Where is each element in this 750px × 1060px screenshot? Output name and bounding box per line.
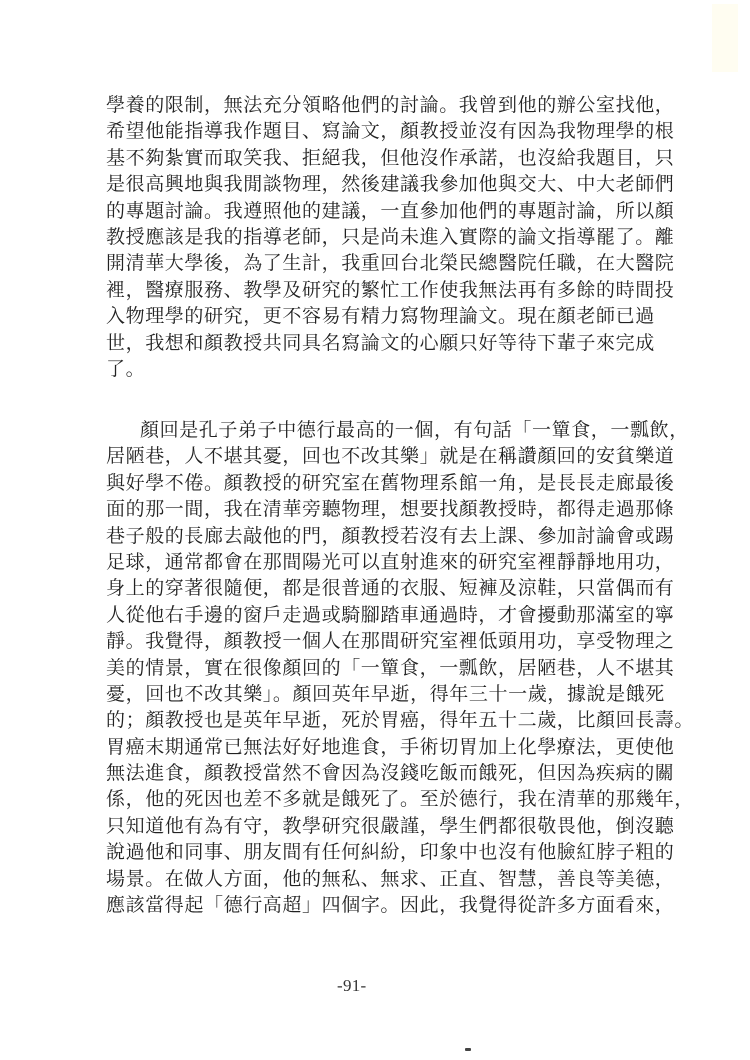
text-line: 巷子般的長廊去敲他的門，顏教授若沒有去上課、參加討論會或踢 xyxy=(106,523,606,549)
text-line: 靜。我覺得，顏教授一個人在那間研究室裡低頭用功，享受物理之 xyxy=(106,628,606,654)
text-line-indented: 顏回是孔子弟子中德行最高的一個，有句話「一簞食，一瓢飲， xyxy=(106,417,606,443)
document-page: 學養的限制，無法充分領略他們的討論。我曾到他的辦公室找他， 希望他能指導我作題目… xyxy=(0,0,750,1060)
text-line: 教授應該是我的指導老師，只是尚未進入實際的論文指導罷了。離 xyxy=(106,224,606,250)
scan-artifact xyxy=(712,4,738,72)
text-line: 入物理學的研究，更不容易有精力寫物理論文。現在顏老師已過 xyxy=(106,303,606,329)
text-line: 人從他右手邊的窗戶走過或騎腳踏車通過時，才會擾動那滿室的寧 xyxy=(106,602,606,628)
text-line: 胃癌末期通常已無法好好地進食，手術切胃加上化學療法，更使他 xyxy=(106,734,606,760)
text-line: 憂，回也不改其樂」。顏回英年早逝，得年三十一歲，據說是餓死 xyxy=(106,681,606,707)
text-line: 裡，醫療服務、教學及研究的繁忙工作使我無法再有多餘的時間投 xyxy=(106,277,606,303)
paragraph-1: 學養的限制，無法充分領略他們的討論。我曾到他的辦公室找他， 希望他能指導我作題目… xyxy=(106,92,606,382)
text-line: 開清華大學後，為了生計，我重回台北榮民總醫院任職，在大醫院 xyxy=(106,250,606,276)
page-number: -91- xyxy=(337,976,367,996)
text-line: 應該當得起「德行高超」四個字。因此，我覺得從許多方面看來， xyxy=(106,892,606,918)
text-line: 場景。在做人方面，他的無私、無求、正直、智慧，善良等美德， xyxy=(106,866,606,892)
text-line: 說過他和同事、朋友間有任何糾紛，印象中也沒有他臉紅脖子粗的 xyxy=(106,839,606,865)
text-line: 的專題討論。我遵照他的建議，一直參加他們的專題討論，所以顏 xyxy=(106,198,606,224)
text-line: 世，我想和顏教授共同具名寫論文的心願只好等待下輩子來完成 xyxy=(106,330,606,356)
text-line: 美的情景，實在很像顏回的「一簞食，一瓢飲，居陋巷，人不堪其 xyxy=(106,655,606,681)
text-line: 無法進食，顏教授當然不會因為沒錢吃飯而餓死，但因為疾病的關 xyxy=(106,760,606,786)
scan-mark xyxy=(465,1048,471,1051)
text-line: 學養的限制，無法充分領略他們的討論。我曾到他的辦公室找他， xyxy=(106,92,606,118)
text-line: 面的那一間，我在清華旁聽物理，想要找顏教授時，都得走過那條 xyxy=(106,496,606,522)
text-line: 是很高興地與我閒談物理，然後建議我參加他與交大、中大老師們 xyxy=(106,171,606,197)
text-line: 與好學不倦。顏教授的研究室在舊物理系館一角，是長長走廊最後 xyxy=(106,470,606,496)
text-line: 的；顏教授也是英年早逝，死於胃癌，得年五十二歲，比顏回長壽。 xyxy=(106,707,606,733)
text-line: 居陋巷，人不堪其憂，回也不改其樂」就是在稱讚顏回的安貧樂道 xyxy=(106,443,606,469)
text-line: 足球，通常都會在那間陽光可以直射進來的研究室裡靜靜地用功， xyxy=(106,549,606,575)
text-line: 了。 xyxy=(106,356,606,382)
text-line: 希望他能指導我作題目、寫論文，顏教授並沒有因為我物理學的根 xyxy=(106,118,606,144)
text-line: 基不夠紮實而取笑我、拒絕我，但他沒作承諾，也沒給我題目，只 xyxy=(106,145,606,171)
text-line: 係，他的死因也差不多就是餓死了。至於德行，我在清華的那幾年， xyxy=(106,786,606,812)
paragraph-2: 顏回是孔子弟子中德行最高的一個，有句話「一簞食，一瓢飲， 居陋巷，人不堪其憂，回… xyxy=(106,417,606,918)
text-line: 只知道他有為有守，教學研究很嚴謹，學生們都很敬畏他，倒沒聽 xyxy=(106,813,606,839)
text-line: 身上的穿著很隨便，都是很普通的衣服、短褲及涼鞋，只當偶而有 xyxy=(106,575,606,601)
